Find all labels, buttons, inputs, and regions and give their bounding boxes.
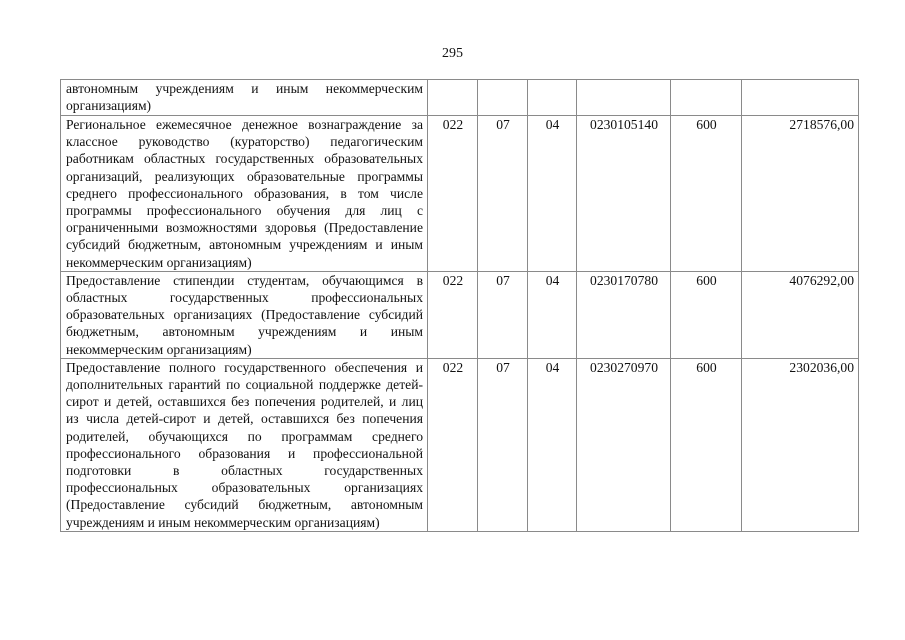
row-target-article: 0230270970 (577, 358, 671, 531)
row-subsection-code: 04 (528, 271, 577, 358)
row-section-code: 07 (478, 271, 528, 358)
budget-table: автономным учреждениям и иным некоммерче… (60, 79, 859, 532)
row-expense-type: 600 (671, 271, 742, 358)
row-ministry-code (428, 80, 478, 116)
row-expense-type: 600 (671, 116, 742, 272)
table-row: автономным учреждениям и иным некоммерче… (61, 80, 859, 116)
row-expense-type: 600 (671, 358, 742, 531)
row-target-article (577, 80, 671, 116)
row-subsection-code: 04 (528, 116, 577, 272)
row-ministry-code: 022 (428, 358, 478, 531)
row-description: автономным учреждениям и иным некоммерче… (61, 80, 428, 116)
page-number: 295 (0, 46, 905, 62)
row-ministry-code: 022 (428, 116, 478, 272)
row-expense-type (671, 80, 742, 116)
row-section-code (478, 80, 528, 116)
row-amount (742, 80, 859, 116)
table-row: Предоставление стипендии студентам, обуч… (61, 271, 859, 358)
row-ministry-code: 022 (428, 271, 478, 358)
row-subsection-code (528, 80, 577, 116)
row-description: Предоставление полного государственного … (61, 358, 428, 531)
table-row: Предоставление полного государственного … (61, 358, 859, 531)
row-target-article: 0230105140 (577, 116, 671, 272)
row-description: Региональное ежемесячное денежное вознаг… (61, 116, 428, 272)
row-subsection-code: 04 (528, 358, 577, 531)
table-row: Региональное ежемесячное денежное вознаг… (61, 116, 859, 272)
row-amount: 2718576,00 (742, 116, 859, 272)
row-amount: 4076292,00 (742, 271, 859, 358)
row-description: Предоставление стипендии студентам, обуч… (61, 271, 428, 358)
row-section-code: 07 (478, 358, 528, 531)
row-amount: 2302036,00 (742, 358, 859, 531)
row-section-code: 07 (478, 116, 528, 272)
row-target-article: 0230170780 (577, 271, 671, 358)
